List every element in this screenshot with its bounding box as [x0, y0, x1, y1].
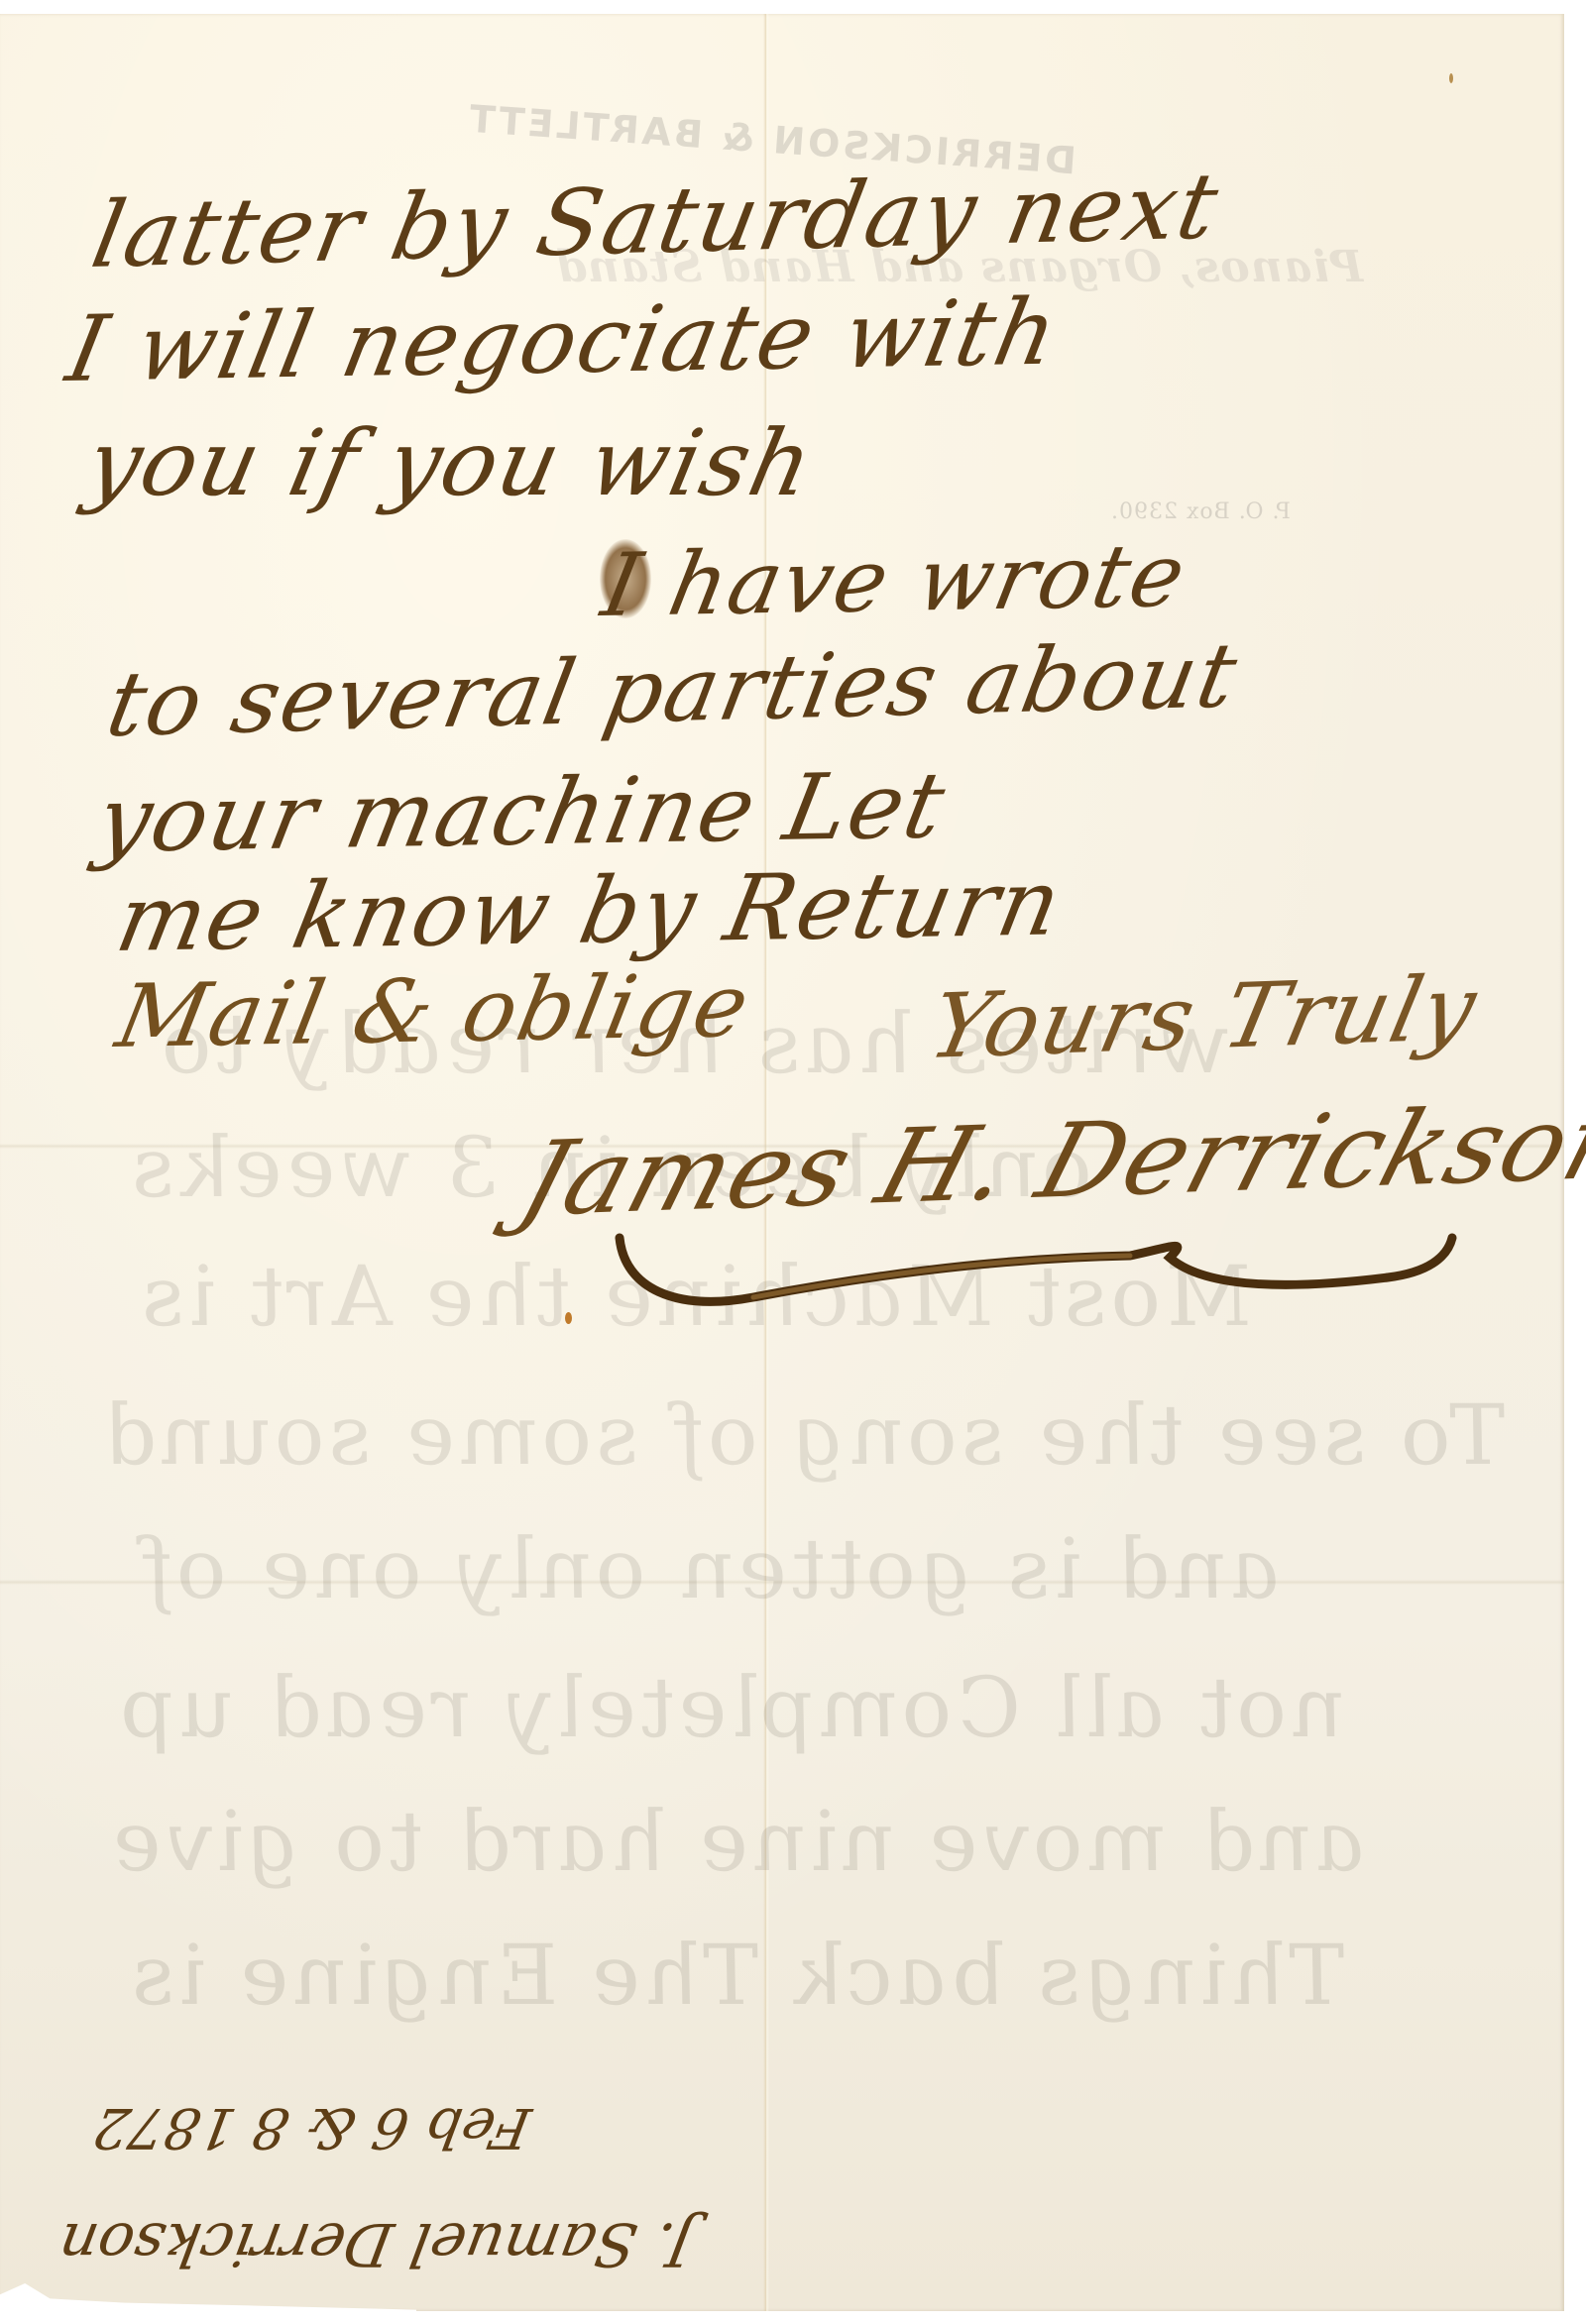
letter-line-5: to several parties about: [99, 623, 1246, 757]
letter-line-2: I will negociate with: [59, 279, 1068, 402]
letterhead-po-box: P. O. Box 2390.: [1110, 499, 1291, 524]
docket-name: J. Samuel Derrickson: [54, 2209, 700, 2278]
docket-date: Feb 6 & 8 1872: [88, 2095, 535, 2159]
torn-paper-edge: [0, 2283, 416, 2311]
bleed-line: not all Completely read up: [110, 1659, 1354, 1756]
stain-spot: [1449, 73, 1453, 83]
letter-page: DERRICKSON & BARTLETT Pianos, Organs and…: [0, 14, 1564, 2311]
bleed-line: and move nine hard to give: [100, 1793, 1374, 1890]
letter-line-3: you if you wish: [78, 410, 824, 516]
stain-spot: [565, 1312, 572, 1324]
bleed-line: and is gotten only one of: [130, 1520, 1289, 1617]
valediction: Yours Truly: [921, 956, 1487, 1079]
letter-line-7: me know by Return: [109, 849, 1072, 972]
letter-line-4: I have wrote: [595, 524, 1195, 636]
letter-line-8: Mail & oblige: [109, 954, 759, 1067]
signature-flourish: [615, 1218, 1467, 1317]
bleed-line: Things back The Engine is: [120, 1927, 1353, 2024]
bleed-line: To see the song of some sound: [90, 1386, 1514, 1484]
